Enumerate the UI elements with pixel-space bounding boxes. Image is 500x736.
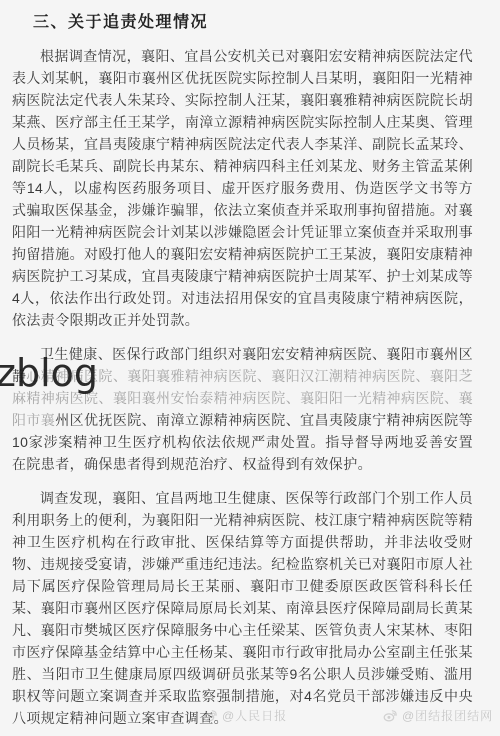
- section-title: 三、关于追责处理情况: [33, 12, 473, 34]
- paragraph-health-admin-part3: 州区优抚医院、南漳立源精神病医院、宜昌夷陵康宁精神病医院等10家涉案精神卫生医疗…: [12, 412, 473, 472]
- paragraph-police-actions: 根据调查情况，襄阳、宜昌公安机关已对襄阳宏安精神病医院法定代表人刘某帆，襄阳市襄…: [12, 45, 473, 331]
- paragraph-discipline-inspection: 调查发现，襄阳、宜昌两地卫生健康、医保等行政部门个别工作人员利用职务上的便利，为…: [12, 487, 473, 729]
- article-screenshot: 三、关于追责处理情况 根据调查情况，襄阳、宜昌公安机关已对襄阳宏安精神病医院法定…: [0, 0, 500, 736]
- paragraph-health-admin: 卫生健康、医保行政部门组织对襄阳宏安精神病医院、襄阳市襄州区静心精神病医院、襄阳…: [12, 343, 473, 475]
- article-body: 三、关于追责处理情况 根据调查情况，襄阳、宜昌公安机关已对襄阳宏安精神病医院法定…: [12, 12, 473, 736]
